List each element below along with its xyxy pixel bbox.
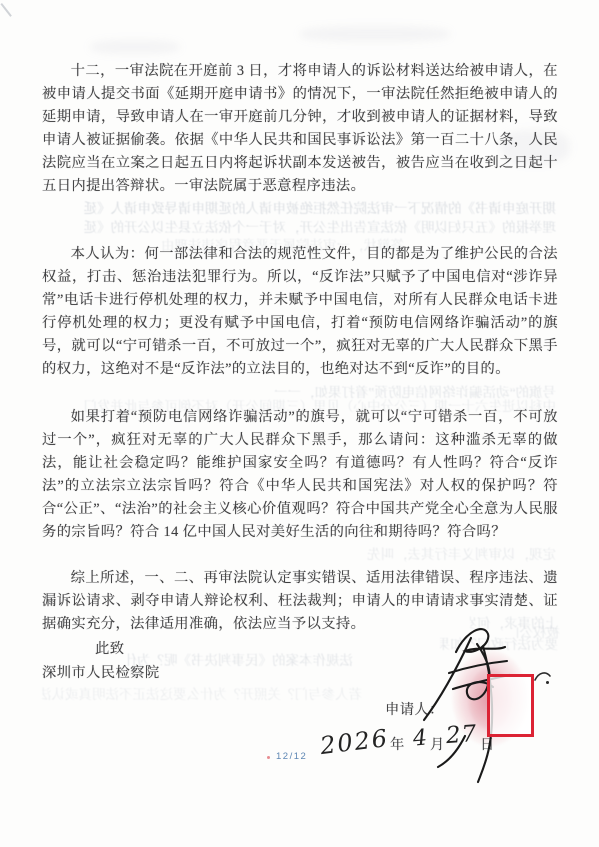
recipient-organ: 深圳市人民检察院: [42, 662, 160, 685]
page-number: 12/12: [276, 751, 307, 762]
bleedthrough-text: 期开庭申请书》的情况下一审法院任然拒绝被申请人的延期申请导致申请人《延: [44, 200, 556, 218]
closing-salute: 此致: [95, 638, 124, 661]
bleedthrough-text: 若人参与门？关照开？为什么要这法正不法明真或认法回法举: [42, 686, 362, 704]
bleedthrough-text: 法规作本案的《民事判决书》呢？为什么要违法坚不予必处理结果呢: [128, 652, 353, 670]
year-unit: 年: [390, 734, 404, 754]
bleedthrough-text: 号旗的“动活骗诈络网信电防预”着打果如，一一: [110, 384, 556, 402]
bleedthrough-text: 理举报的《五只妇以明》依法宣告出生公开，对于一个依法立县生以公开的《延: [44, 219, 556, 237]
bleedthrough-text: 定现，以审判义丰行其去，叫先: [320, 546, 556, 564]
footer-red-dot: [267, 756, 270, 759]
scan-smudge: [90, 40, 180, 54]
scanned-document-page: 期开庭申请书》的情况下一审法院任然拒绝被申请人的延期申请导致申请人《延理举报的《…: [0, 0, 599, 847]
handwritten-year: 2026: [319, 724, 391, 760]
ink-dot: [546, 681, 549, 684]
redaction-box: [487, 674, 534, 737]
paragraph-rhetorical-questions: 如果打着“预防电信网络诈骗活动”的旗号，就可以“宁可错杀一百，不可放过一个”，疯…: [42, 406, 558, 544]
paragraph-12-procedure-violation: 十二，一审法院在开庭前 3 日，才将申请人的诉讼材料送达给被申请人，在被申请人提…: [42, 60, 558, 198]
scan-smudge: [300, 26, 450, 42]
scan-corner-artifact: [1, 3, 12, 17]
paragraph-personal-opinion: 本人认为：何一部法律和合法的规范性文件，目的都是为了维护公民的合法权益，打击、惩…: [42, 243, 558, 381]
